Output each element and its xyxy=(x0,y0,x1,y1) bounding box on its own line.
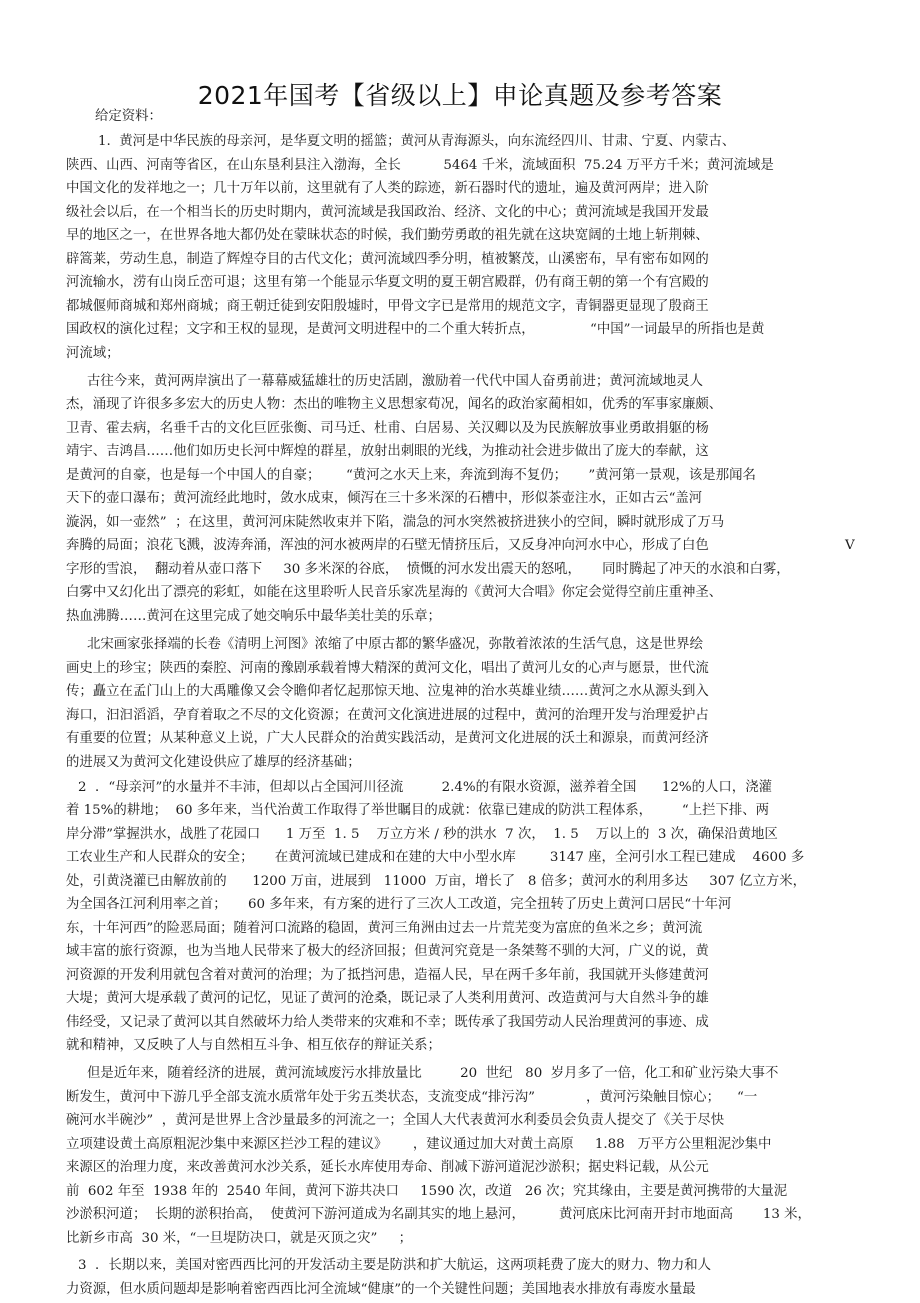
text-line: 天下的壶口瀑布；黄河流经此地时，敛水成束，倾泻在三十多米深的石槽中，形似茶壶注水… xyxy=(66,490,702,508)
text-line: 传；矗立在孟门山上的大禹雕像又会令瞻仰者忆起那惊天地、泣鬼神的治水英雄业绩……黄… xyxy=(66,683,709,701)
text-line: 有重要的位置；从某种意义上说，广大人民群众的治黄实践活动，是黄河文化进展的沃土和… xyxy=(66,730,709,748)
document-title: 2021年国考【省级以上】申论真题及参考答案 xyxy=(0,76,920,112)
text-line: 杰，涌现了许很多多宏大的历史人物：杰出的唯物主义思想家荀况，闻名的政治家蔺相如，… xyxy=(66,396,722,414)
text-line: 北宋画家张择端的长卷《清明上河图》浓缩了中原古都的繁华盛况，弥散着浓浓的生活气息… xyxy=(87,636,703,654)
text-line: 都城偃师商城和郑州商城；商王朝迁徒到安阳殷墟时，甲骨文字已是常用的规范文字，青铜… xyxy=(66,298,709,316)
text-line: 字形的雪浪， 翻动着从壶口落下 30 多米深的谷底， 愤慨的河水发出震天的怒吼，… xyxy=(66,561,790,579)
text-line: 1. 黄河是中华民族的母亲河，是华夏文明的摇篮；黄河从青海源头，向东流经四川、甘… xyxy=(98,133,735,151)
text-line: 伟经受，又记录了黄河以其自然破坏力给人类带来的灾难和不幸；既传承了我国劳动人民治… xyxy=(66,1014,709,1032)
text-line: 域丰富的旅行资源，也为当地人民带来了极大的经济回报；但黄河究竟是一条桀骜不驯的大… xyxy=(66,943,709,961)
section-label: 给定资料： xyxy=(95,108,162,126)
text-line: 来源区的治理力度，来改善黄河水沙关系，延长水库使用寿命、削减下游河道泥沙淤积；据… xyxy=(66,1159,709,1177)
text-line: 比新乡市高 30 米，“一旦堤防决口，就是灭顶之灾” ； xyxy=(66,1230,412,1248)
text-line: 的进展又为黄河文化建设供应了雄厚的经济基础； xyxy=(66,754,361,772)
text-line: 河资源的开发利用就包含着对黄河的治理；为了抵挡河患，造福人民，早在两千多年前，我… xyxy=(66,967,709,985)
text-line: 力资源，但水质问题却是影响着密西西比河全流域“健康”的一个关键性问题；美国地表水… xyxy=(66,1281,696,1299)
text-line: 立项建设黄土高原粗泥沙集中来源区拦沙工程的建议》 ，建议通过加大对黄土高原 1.… xyxy=(66,1136,771,1154)
text-line: 中国文化的发祥地之一；几十万年以前，这里就有了人类的踪迹，新石器时代的遗址，遍及… xyxy=(66,180,709,198)
text-line: 岸分滞”掌握洪水，战胜了花园口 1 万至 1. 5 万立方米 / 秒的洪水 7 … xyxy=(66,826,778,844)
text-line: V xyxy=(845,537,855,555)
document-page: 2021年国考【省级以上】申论真题及参考答案 给定资料：1. 黄河是中华民族的母… xyxy=(0,0,920,1303)
text-line: 碗河水半碗沙” ，黄河是世界上含沙量最多的河流之一；全国人大代表黄河水利委员会负… xyxy=(66,1112,724,1130)
text-line: 就和精神，又反映了人与自然相互斗争、相互依存的辩证关系； xyxy=(66,1037,441,1055)
text-line: 断发生，黄河中下游几乎全部支流水质常年处于劣五类状态，支流变成“排污沟” ，黄河… xyxy=(66,1089,757,1107)
text-line: 但是近年来，随着经济的进展，黄河流域废污水排放量比 20 世纪 80 岁月多了一… xyxy=(87,1065,778,1083)
text-line: 2 ．“母亲河”的水量并不丰沛，但却以占全国河川径流 2.4%的有限水资源，滋养… xyxy=(78,779,772,797)
text-line: 沙淤积河道； 长期的淤积抬高， 使黄河下游河道成为名副其实的地上悬河， 黄河底床… xyxy=(66,1206,811,1224)
text-line: 前 602 年至 1938 年的 2540 年间，黄河下游共决口 1590 次，… xyxy=(66,1183,787,1201)
text-line: 陕西、山西、河南等省区，在山东垦利县注入渤海，全长 5464 千米，流域面积 7… xyxy=(66,157,774,175)
text-line: 古往今来，黄河两岸演出了一幕幕威猛雄壮的历史活剧，激励着一代代中国人奋勇前进；黄… xyxy=(87,373,703,391)
text-line: 热血沸腾……黄河在这里完成了她交响乐中最华美壮美的乐章； xyxy=(66,608,441,626)
text-line: 着 15%的耕地； 60 多年来，当代治黄工作取得了举世瞩目的成就：依靠已建成的… xyxy=(66,802,769,820)
text-line: 漩涡，如一壶然” ；在这里，黄河河床陡然收束并下陷，湍急的河水突然被挤进狭小的空… xyxy=(66,514,724,532)
text-line: 早的地区之一，在世界各地大都仍处在蒙昧状态的时候，我们勤劳勇敢的祖先就在这块宽阔… xyxy=(66,227,709,245)
text-line: 国政权的演化过程；文字和王权的显现，是黄河文明进程中的二个重大转折点， “中国”… xyxy=(66,321,764,339)
text-line: 河流输水，涝有山岗丘峦可退；这里有第一个能显示华夏文明的夏王朝宫殿群，仍有商王朝… xyxy=(66,274,709,292)
text-line: 是黄河的自豪，也是每一个中国人的自豪； “黄河之水天上来，奔流到海不复仍； ”黄… xyxy=(66,467,756,485)
text-line: 海口，汩汩滔滔，孕育着取之不尽的文化资源；在黄河文化演进进展的过程中，黄河的治理… xyxy=(66,707,709,725)
text-line: 工农业生产和人民群众的安全； 在黄河流域已建成和在建的大中小型水库 3147 座… xyxy=(66,849,804,867)
text-line: 靖宇、吉鸿昌……他们如历史长河中辉煌的群星，放射出刺眼的光线，为推动社会进步做出… xyxy=(66,443,709,461)
text-line: 河流域； xyxy=(66,345,120,363)
text-line: 级社会以后，在一个相当长的历史时期内，黄河流域是我国政治、经济、文化的中心；黄河… xyxy=(66,204,709,222)
text-line: 3 ．长期以来，美国对密西西比河的开发活动主要是防洪和扩大航运，这两项耗费了庞大… xyxy=(78,1257,711,1275)
text-line: 卫青、霍去病，名垂千古的文化巨匠张衡、司马迁、杜甫、白居易、关汉卿以及为民族解放… xyxy=(66,420,709,438)
text-line: 白雾中又幻化出了漂亮的彩虹，如能在这里聆听人民音乐家冼星海的《黄河大合唱》你定会… xyxy=(66,584,722,602)
text-line: 处，引黄浇灌已由解放前的 1200 万亩，进展到 11000 万亩，增长了 8 … xyxy=(66,873,806,891)
text-line: 东，十年河西”的险恶局面；随着河口流路的稳固，黄河三角洲由过去一片荒芜变为富庶的… xyxy=(66,920,702,938)
text-line: 辟篙莱，劳动生息，制造了辉煌夺目的古代文化；黄河流域四季分明，植被繁茂，山溪密布… xyxy=(66,251,709,269)
text-line: 大堤；黄河大堤承载了黄河的记忆，见证了黄河的沧桑，既记录了人类利用黄河、改造黄河… xyxy=(66,990,709,1008)
text-line: 为全国各江河利用率之首； 60 多年来，有方案的进行了三次人工改道，完全扭转了历… xyxy=(66,896,731,914)
text-line: 奔腾的局面；浪花飞溅，波涛奔涌，浑浊的河水被两岸的石壁无情挤压后，又反身冲向河水… xyxy=(66,537,709,555)
text-line: 画史上的珍宝；陕西的秦腔、河南的豫剧承载着博大精深的黄河文化，唱出了黄河儿女的心… xyxy=(66,660,709,678)
